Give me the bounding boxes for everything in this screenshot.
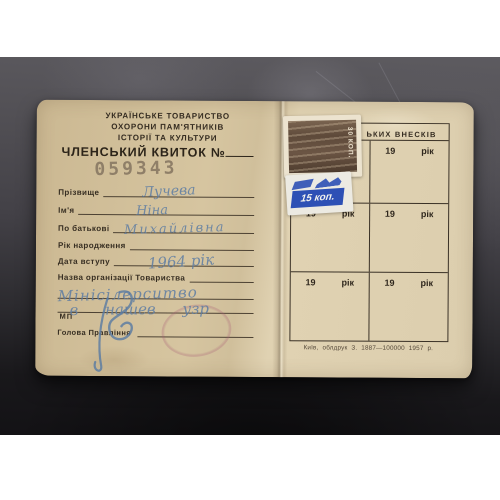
handwritten-patronymic: Михайлівна: [124, 220, 226, 238]
field-label-surname: Прізвище: [58, 188, 99, 197]
stamp-ornament: [292, 179, 314, 190]
membership-card: УКРАЇНСЬКЕ ТОВАРИСТВО ОХОРОНИ ПАМ'ЯТНИКІ…: [35, 100, 474, 379]
fee-table-row: 19рік 19рік: [290, 271, 447, 341]
brown-postage-stamp: 30 КОП.: [283, 115, 362, 179]
field-patronymic: По батькові Михайлівна: [58, 220, 254, 234]
year-word: рік: [421, 146, 434, 156]
stamp-ornament: [315, 176, 345, 189]
chairman-signature: [85, 288, 181, 374]
card-left-page: УКРАЇНСЬКЕ ТОВАРИСТВО ОХОРОНИ ПАМ'ЯТНИКІ…: [37, 100, 474, 103]
fee-year-cell: 19рік: [370, 204, 448, 272]
year-prefix: 19: [305, 277, 315, 287]
fee-year-cell: 19рік: [290, 272, 369, 340]
photo-frame: УКРАЇНСЬКЕ ТОВАРИСТВО ОХОРОНИ ПАМ'ЯТНИКІ…: [0, 0, 500, 500]
fee-year-cell: 19рік: [369, 273, 447, 341]
card-right-page: ЬКИХ ВНЕСКІВ 19рік 19рік: [37, 100, 474, 103]
stamp-denomination: 15 коп.: [300, 191, 335, 204]
serial-number: 059343: [94, 157, 177, 180]
handwritten-surname: Лучева: [142, 182, 196, 200]
year-prefix: 19: [385, 146, 395, 156]
handwritten-firstname: Ніна: [136, 203, 168, 219]
field-label-birth-year: Рік народження: [58, 241, 126, 250]
field-line: [130, 236, 254, 251]
fee-table-header-text: ЬКИХ ВНЕСКІВ: [366, 130, 448, 140]
field-surname: Прізвище Лучева: [58, 184, 254, 198]
field-entry-date: Дата вступу 1964 рік: [58, 253, 254, 267]
year-word: рік: [421, 209, 434, 219]
print-shop-imprint: Київ, облдрук З. 1887—100000 1957 р.: [285, 344, 451, 352]
photo-background: УКРАЇНСЬКЕ ТОВАРИСТВО ОХОРОНИ ПАМ'ЯТНИКІ…: [0, 57, 500, 435]
field-birth-year: Рік народження: [58, 237, 254, 251]
year-prefix: 19: [385, 209, 395, 219]
year-word: рік: [420, 278, 433, 288]
stamp-denomination-band: 15 коп.: [291, 188, 345, 208]
field-line: [189, 269, 254, 283]
field-label-organization: Назва організації Товариства: [58, 273, 186, 283]
fee-year-cell: 19рік: [370, 141, 448, 203]
year-word: рік: [341, 278, 354, 288]
stamp-denomination: 30 КОП.: [346, 127, 354, 159]
blue-postage-stamp: 15 коп.: [285, 171, 353, 215]
field-firstname: Ім'я Ніна: [58, 202, 254, 216]
field-label-patronymic: По батькові: [58, 224, 109, 233]
year-prefix: 19: [384, 278, 394, 288]
card-number-blank-line: [226, 156, 254, 157]
field-label-entry-date: Дата вступу: [58, 257, 110, 266]
org-name-line3: ІСТОРІЇ ТА КУЛЬТУРИ: [77, 132, 259, 144]
field-label-firstname: Ім'я: [58, 206, 74, 215]
organization-name: УКРАЇНСЬКЕ ТОВАРИСТВО ОХОРОНИ ПАМ'ЯТНИКІ…: [77, 110, 259, 144]
